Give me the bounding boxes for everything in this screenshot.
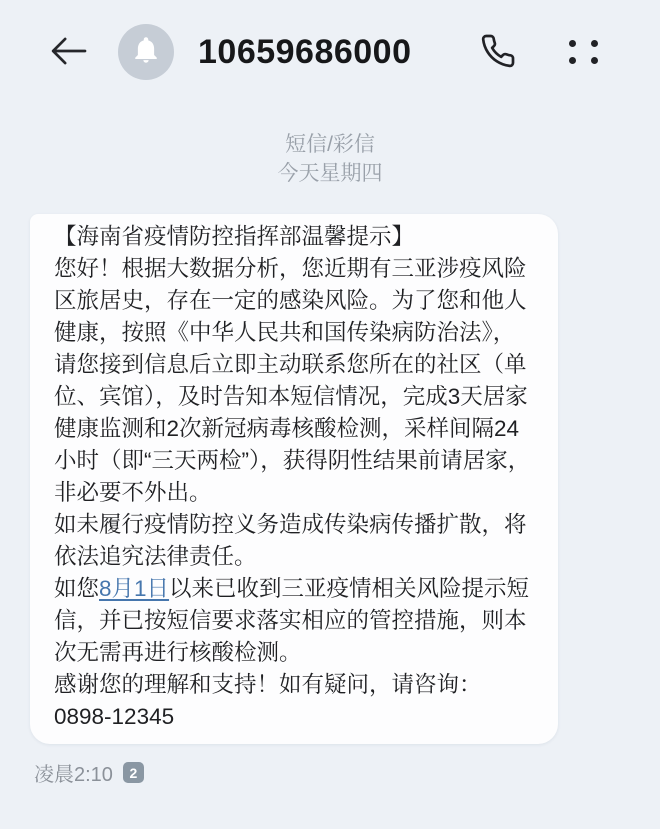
date-separator: 今天星期四 [0,159,660,188]
contact-phone-number: 0898-12345 [54,701,534,733]
message-paragraph: 如您8月1日以来已收到三亚疫情相关风险提示短信，并已按短信要求落实相应的管控措施… [54,573,534,669]
message-bubble[interactable]: 【海南省疫情防控指挥部温馨提示】 您好！根据大数据分析，您近期有三亚涉疫风险区旅… [30,214,558,744]
four-dot-menu-icon [569,40,598,64]
message-footer: 凌晨2:10 2 [34,758,660,787]
message-paragraph: 感谢您的理解和支持！如有疑问，请咨询： [54,669,534,701]
back-button[interactable] [48,34,88,71]
bell-icon [131,35,161,70]
thread-meta: 短信/彩信 今天星期四 [0,130,660,188]
message-paragraph: 您好！根据大数据分析，您近期有三亚涉疫风险区旅居史，存在一定的感染风险。为了您和… [54,253,534,509]
contact-number-title: 10659686000 [198,33,480,72]
message-title: 【海南省疫情防控指挥部温馨提示】 [54,221,534,253]
call-button[interactable] [480,33,516,72]
date-link[interactable]: 8月1日 [99,576,169,601]
conversation-header: 10659686000 [0,0,660,104]
phone-icon [480,33,516,72]
arrow-left-icon [48,34,88,71]
timestamp: 凌晨2:10 [34,758,113,787]
menu-button[interactable] [568,39,598,65]
contact-avatar[interactable] [118,24,174,80]
message-text: 如您 [54,576,99,601]
thread-type-label: 短信/彩信 [0,130,660,159]
message-paragraph: 如未履行疫情防控义务造成传染病传播扩散，将依法追究法律责任。 [54,509,534,573]
sim-card-badge: 2 [123,762,144,783]
sms-conversation-screen: 10659686000 短信/彩信 今天星期四 【海南省疫情防控指挥部温馨提示】… [0,0,660,829]
